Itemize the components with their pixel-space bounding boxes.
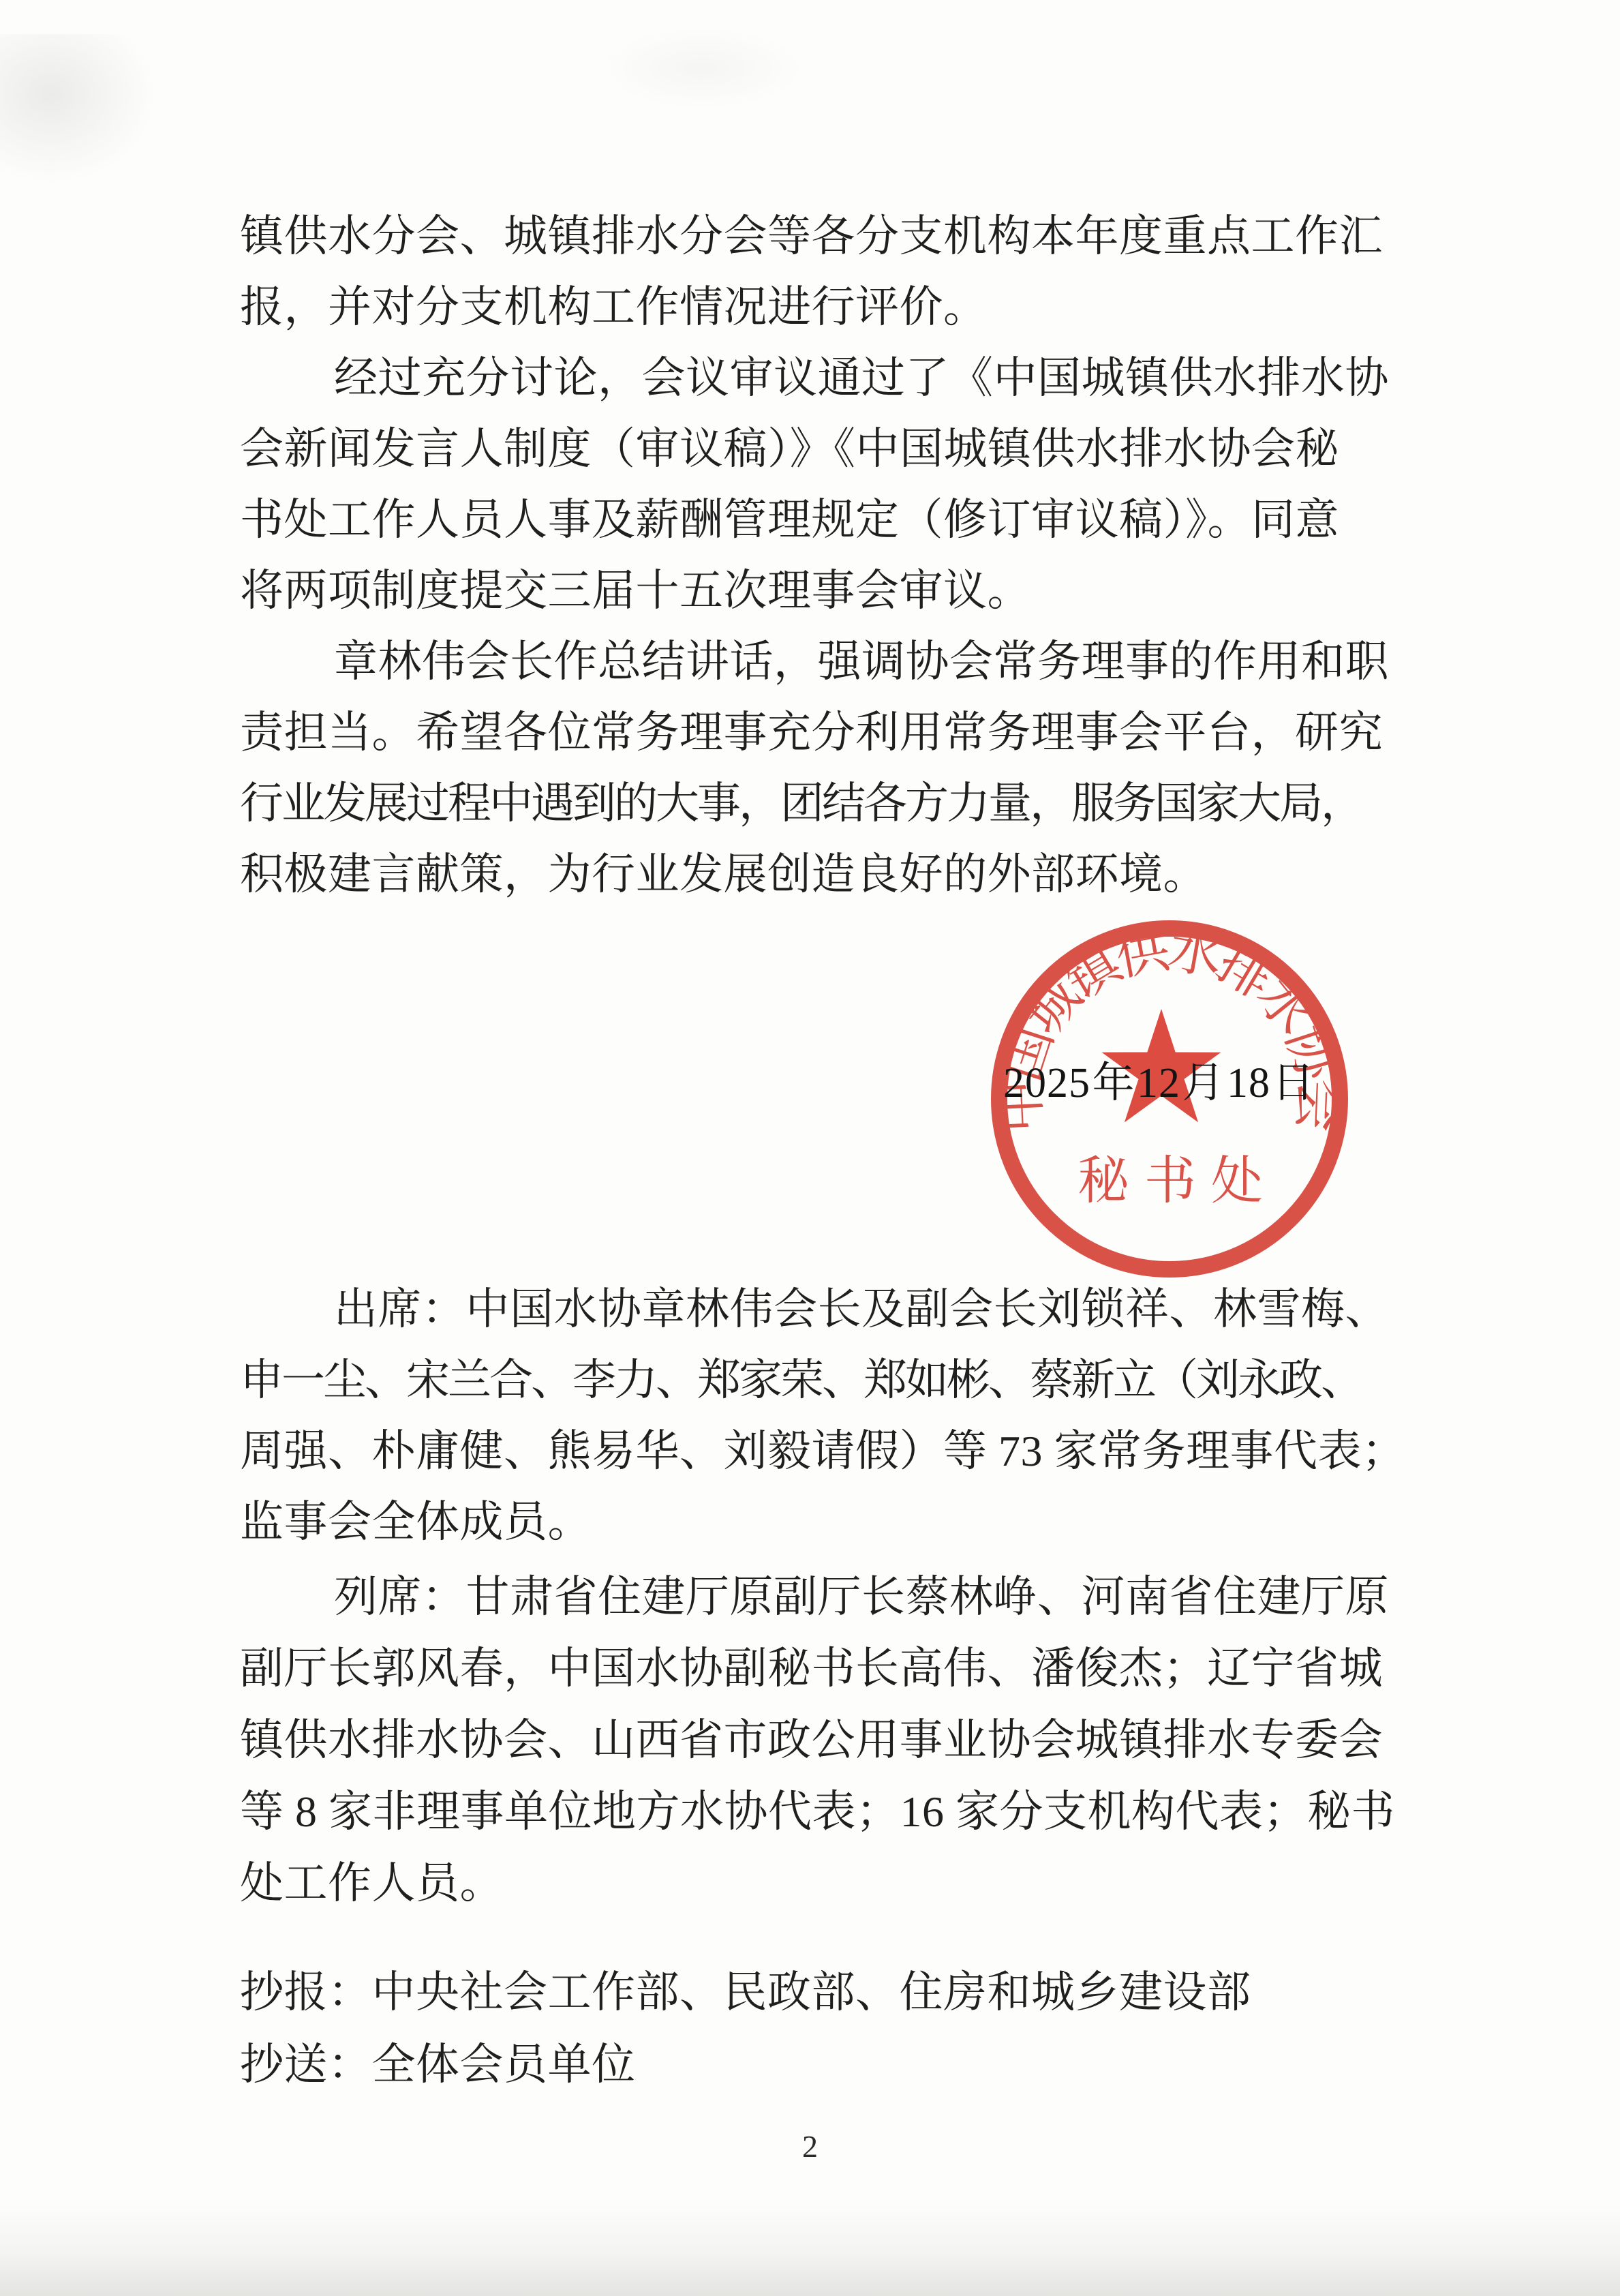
- observers-line: 副厅长郭风春，中国水协副秘书长高伟、潘俊杰；辽宁省城: [240, 1645, 1383, 1693]
- body-line: 书处工作人员人事及薪酬管理规定（修订审议稿）》。同意: [240, 496, 1339, 544]
- document-page: 镇供水分会、城镇排水分会等各分支机构本年度重点工作汇 报，并对分支机构工作情况进…: [0, 0, 1620, 2296]
- observers-line: 镇供水排水协会、山西省市政公用事业协会城镇排水专委会: [240, 1717, 1383, 1764]
- observers-line: 处工作人员。: [240, 1860, 504, 1907]
- body-line: 章林伟会长作总结讲话，强调协会常务理事的作用和职: [334, 638, 1389, 686]
- document-date: 2025 年 12 月 18 日: [1003, 1048, 1315, 1109]
- cc-report-line: 抄报：中央社会工作部、民政部、住房和城乡建设部: [240, 1969, 1251, 2016]
- body-line: 将两项制度提交三届十五次理事会审议。: [240, 567, 1031, 615]
- seal-bottom-text: 秘书处: [1078, 1153, 1278, 1210]
- observers-line: 等 8 家非理事单位地方水协代表；16 家分支机构代表；秘书: [240, 1788, 1395, 1836]
- observers-line: 列席：甘肃省住建厅原副厅长蔡林峥、河南省住建厅原: [334, 1573, 1389, 1621]
- page-number: 2: [0, 2128, 1620, 2164]
- body-line: 会新闻发言人制度（审议稿）》《中国城镇供水排水协会秘: [240, 425, 1339, 473]
- attendance-line: 周强、朴庸健、熊易华、刘毅请假）等 73 家常务理事代表；: [240, 1428, 1406, 1475]
- attendance-line: 出席：中国水协章林伟会长及副会长刘锁祥、林雪梅、: [334, 1286, 1389, 1333]
- scan-smudge: [0, 34, 157, 184]
- scan-smudge: [600, 27, 804, 109]
- body-line: 责担当。希望各位常务理事充分利用常务理事会平台，研究: [240, 709, 1383, 757]
- body-line: 报，并对分支机构工作情况进行评价。: [240, 284, 988, 331]
- body-line: 镇供水分会、城镇排水分会等各分支机构本年度重点工作汇: [240, 213, 1383, 260]
- body-line: 行业发展过程中遇到的大事，团结各方力量，服务国家大局，: [240, 780, 1362, 828]
- cc-send-line: 抄送：全体会员单位: [240, 2041, 636, 2089]
- body-line: 积极建言献策，为行业发展创造良好的外部环境。: [240, 851, 1207, 898]
- attendance-line: 监事会全体成员。: [240, 1498, 592, 1546]
- scan-bottom-edge: [0, 2204, 1620, 2296]
- body-line: 经过充分讨论，会议审议通过了《中国城镇供水排水协: [334, 354, 1389, 402]
- attendance-line: 申一尘、宋兰合、李力、郑家荣、郑如彬、蔡新立（刘永政、: [240, 1357, 1362, 1404]
